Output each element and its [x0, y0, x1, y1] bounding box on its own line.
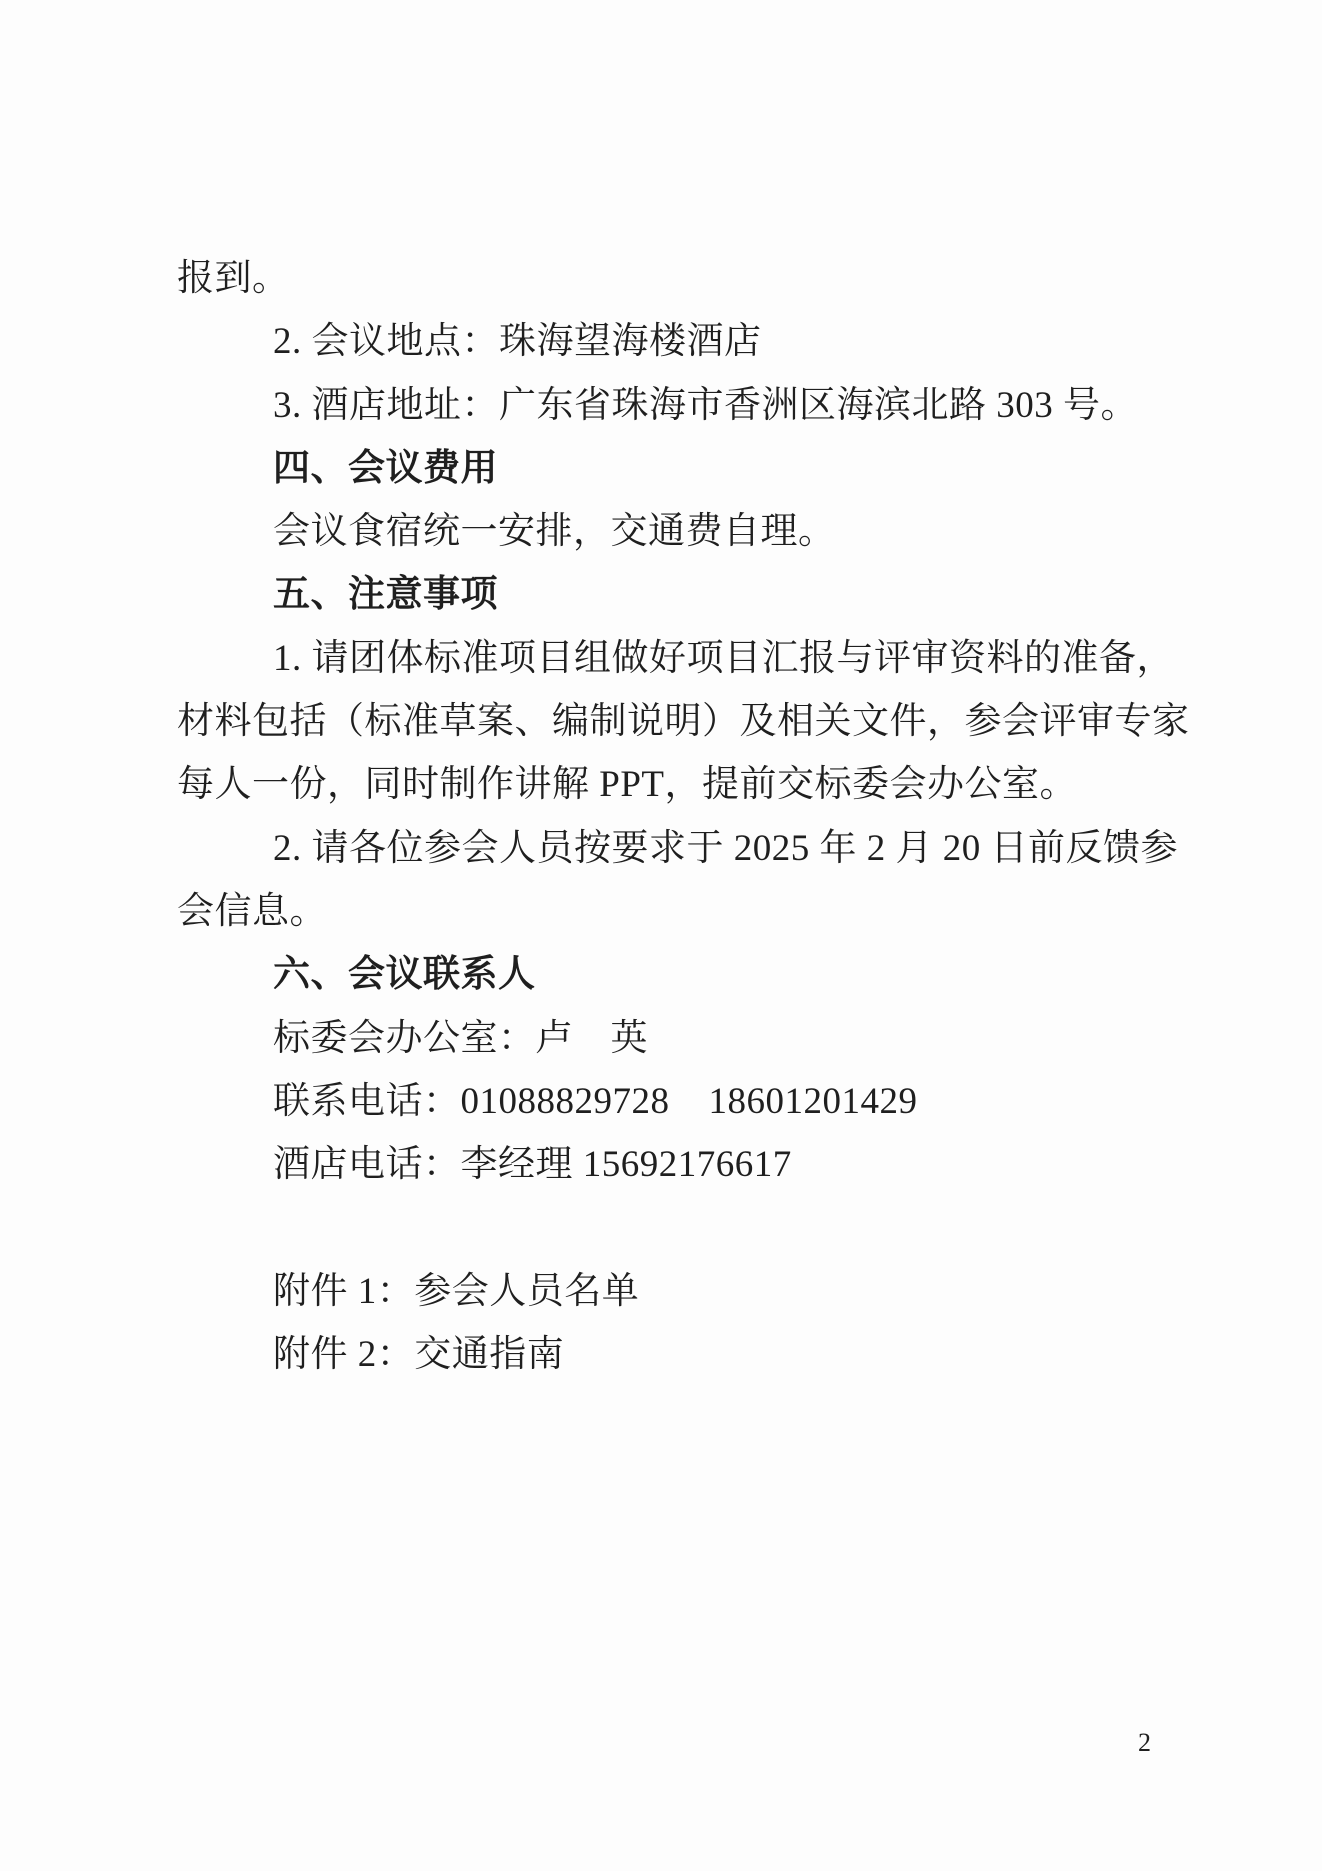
document-page: 报到。2. 会议地点：珠海望海楼酒店3. 酒店地址：广东省珠海市香洲区海滨北路 …: [0, 0, 1322, 1871]
text-line: 五、注意事项: [177, 563, 1172, 626]
text-line: 3. 酒店地址：广东省珠海市香洲区海滨北路 303 号。: [177, 374, 1172, 437]
text-line: 标委会办公室：卢 英: [177, 1007, 1172, 1070]
text-line: 附件 2：交通指南: [177, 1323, 1172, 1386]
text-line: 1. 请团体标准项目组做好项目汇报与评审资料的准备，: [177, 627, 1172, 690]
text-line: 报到。: [177, 247, 1172, 310]
document-body: 报到。2. 会议地点：珠海望海楼酒店3. 酒店地址：广东省珠海市香洲区海滨北路 …: [177, 247, 1172, 1386]
text-line: 附件 1：参会人员名单: [177, 1260, 1172, 1323]
text-line: 2. 会议地点：珠海望海楼酒店: [177, 310, 1172, 373]
text-line: 会议食宿统一安排，交通费自理。: [177, 500, 1172, 563]
text-line: 材料包括（标准草案、编制说明）及相关文件，参会评审专家: [177, 690, 1172, 753]
text-line: 会信息。: [177, 880, 1172, 943]
text-line: 2. 请各位参会人员按要求于 2025 年 2 月 20 日前反馈参: [177, 817, 1172, 880]
text-line: 酒店电话：李经理 15692176617: [177, 1133, 1172, 1196]
text-line: 六、会议联系人: [177, 943, 1172, 1006]
blank-line: [177, 1196, 1172, 1259]
text-line: 每人一份，同时制作讲解 PPT，提前交标委会办公室。: [177, 753, 1172, 816]
text-line: 联系电话：01088829728 18601201429: [177, 1070, 1172, 1133]
page-number: 2: [1138, 1728, 1151, 1758]
text-line: 四、会议费用: [177, 437, 1172, 500]
